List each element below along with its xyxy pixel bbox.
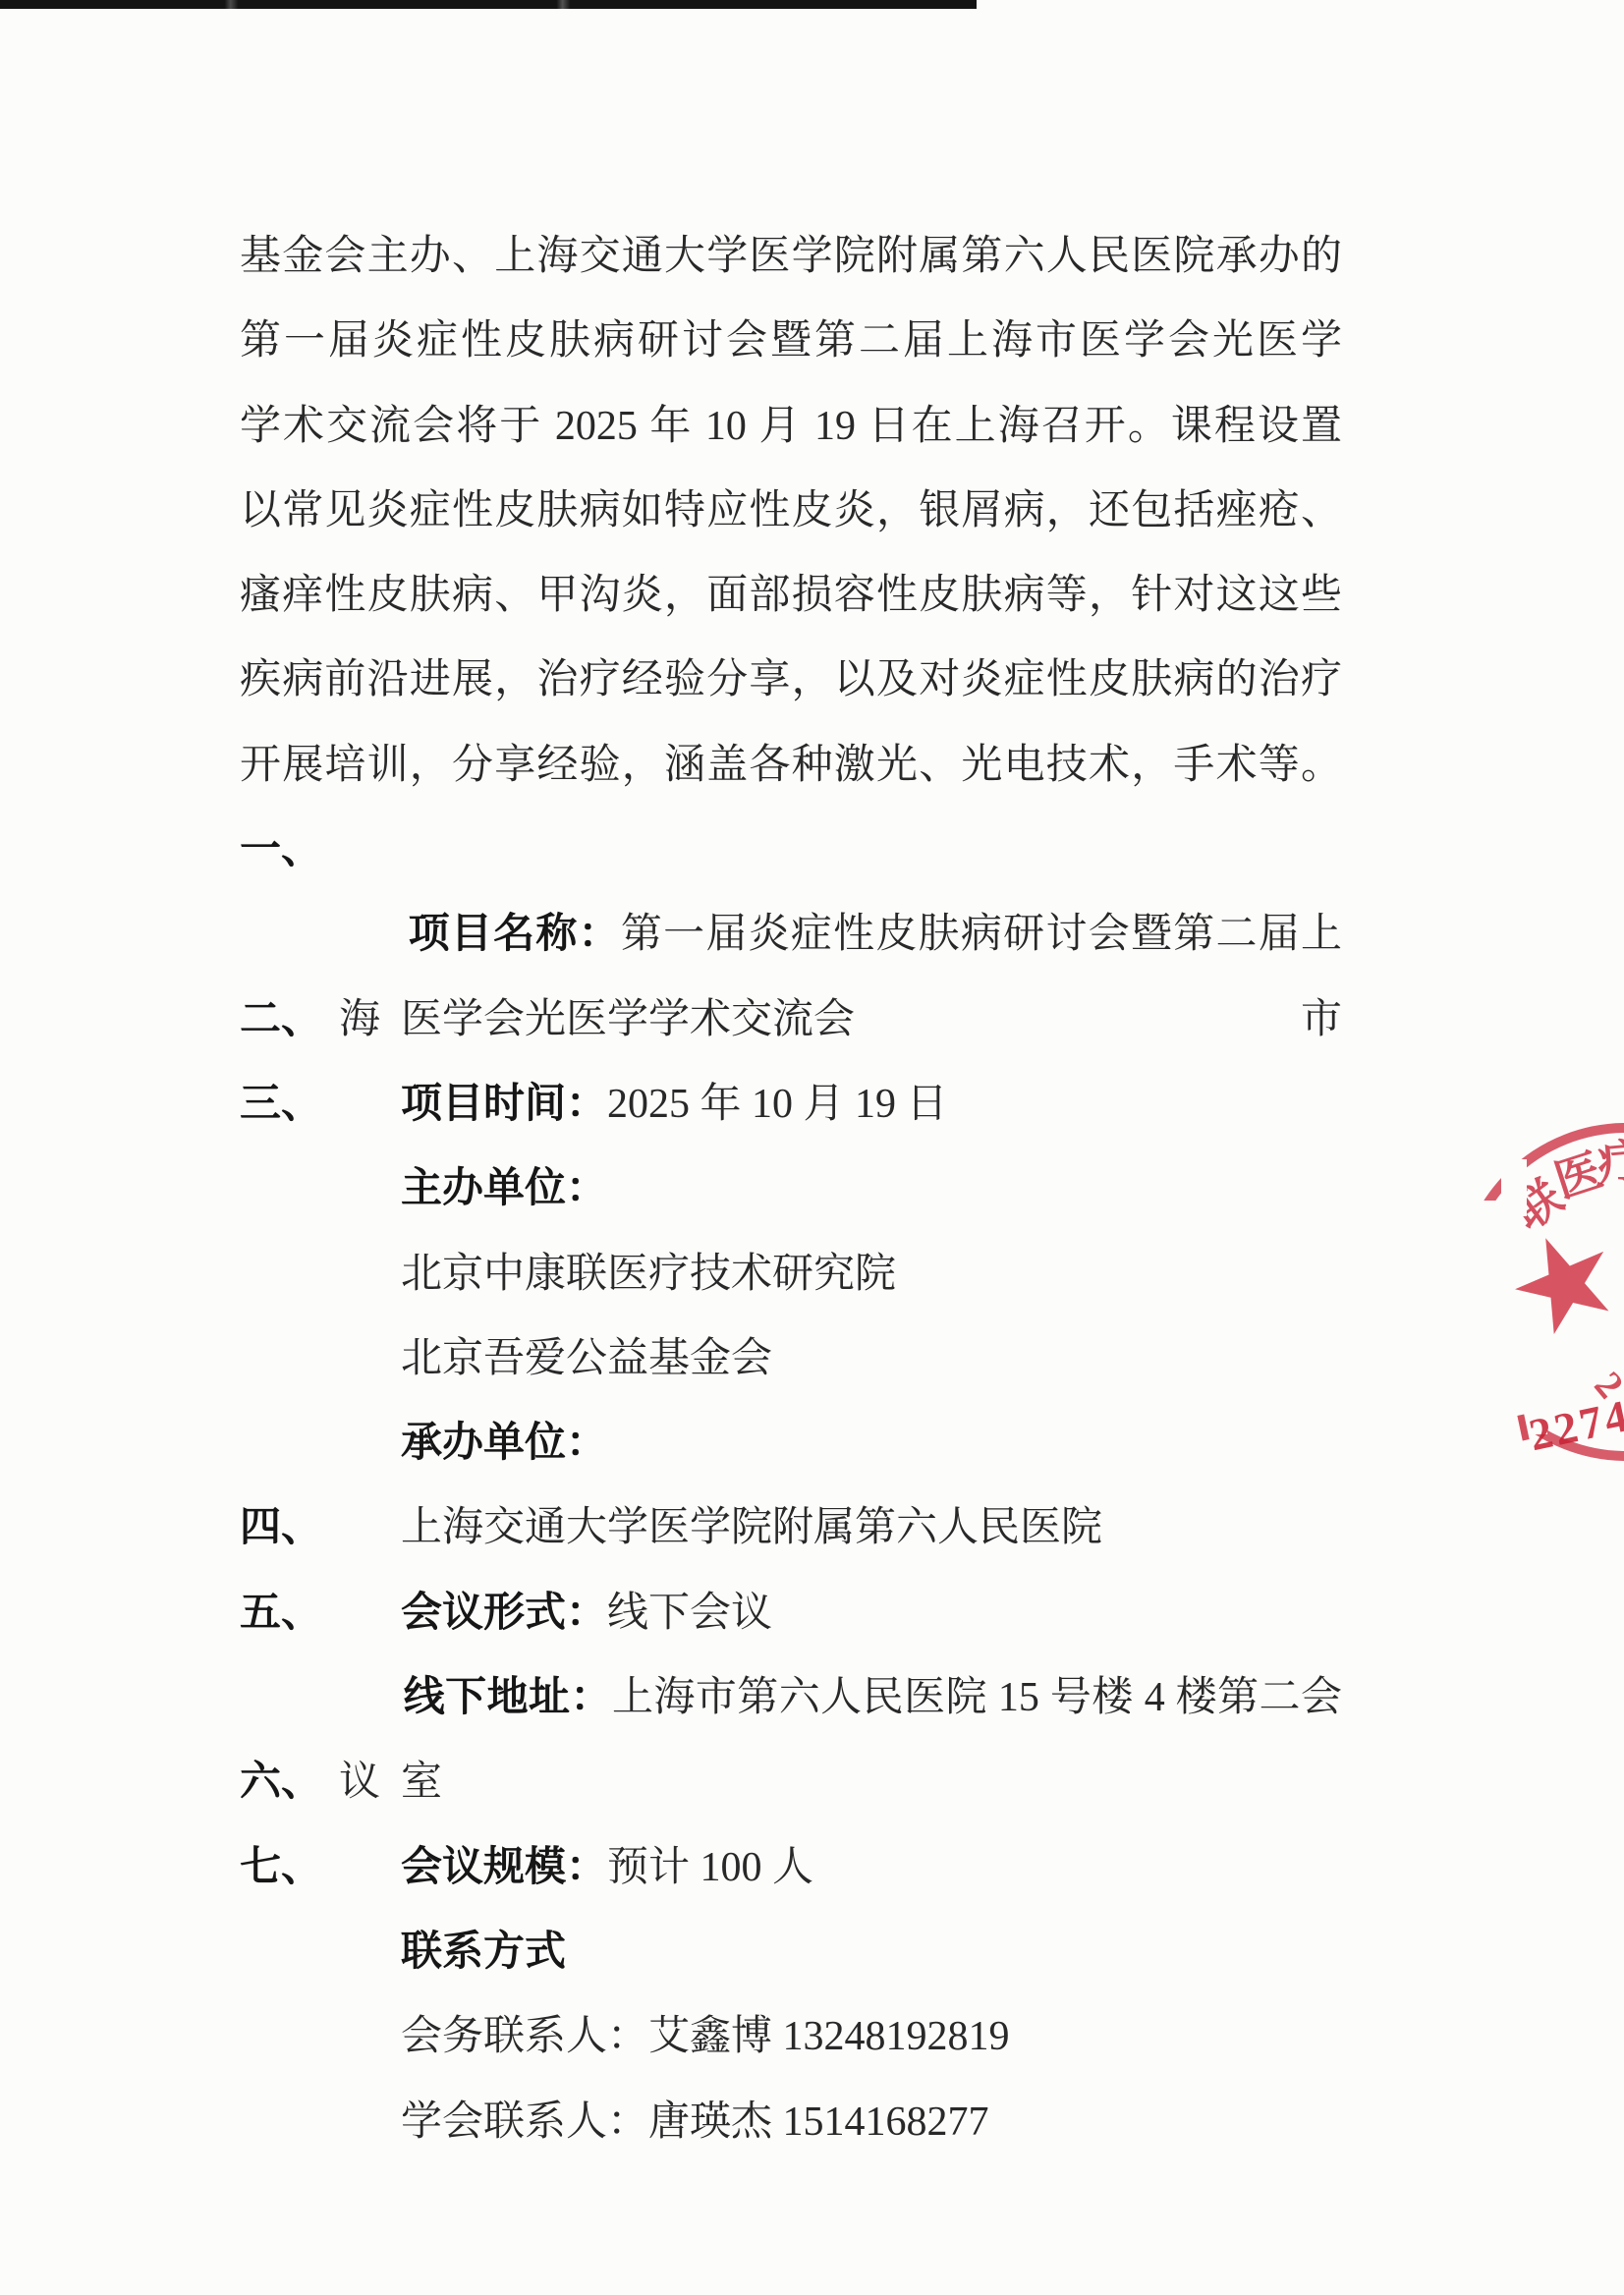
list-item-address: 五、线下地址：上海市第六人民医院 15 号楼 4 楼第二会议: [240, 1571, 1342, 1655]
co-organizer-line: 上海交通大学医学院附属第六人民医院: [240, 1401, 1342, 1485]
paragraph-line: 瘙痒性皮肤病、甲沟炎，面部损容性皮肤病等，针对这这些: [240, 553, 1342, 638]
co-organizer-heading: 承办单位：: [240, 1316, 1342, 1401]
contact-line: 学会联系人：唐瑛杰 1514168277: [240, 1994, 1342, 2079]
list-item-number: 七、: [240, 1825, 322, 1910]
list-item-number: 五、: [240, 1571, 322, 1655]
list-item-continuation: 医学会光医学学术交流会: [240, 892, 1342, 977]
paragraph-line: 基金会主办、上海交通大学医学院附属第六人民医院承办的: [240, 214, 1342, 299]
paragraph-line: 疾病前沿进展，治疗经验分享，以及对炎症性皮肤病的治疗: [240, 638, 1342, 722]
document-body: 基金会主办、上海交通大学医学院附属第六人民医院承办的 第一届炎症性皮肤病研讨会暨…: [240, 214, 1342, 2080]
organizer-line: 北京中康联医疗技术研究院: [240, 1147, 1342, 1231]
scanned-document-page: 基金会主办、上海交通大学医学院附属第六人民医院承办的 第一届炎症性皮肤病研讨会暨…: [0, 0, 1624, 2295]
list-item-organizer: 三、主办单位：: [240, 1062, 1342, 1147]
star-icon: ★: [1496, 1223, 1624, 1346]
contact-info: 学会联系人：唐瑛杰 1514168277: [401, 2099, 989, 2145]
list-item-number: 六、: [240, 1740, 322, 1824]
list-item-number: 三、: [240, 1062, 322, 1147]
list-item-meeting-scale: 六、会议规模：预计 100 人: [240, 1740, 1342, 1824]
paragraph-line: 学术交流会将于 2025 年 10 月 19 日在上海召开。课程设置: [240, 384, 1342, 469]
paragraph-line: 第一届炎症性皮肤病研讨会暨第二届上海市医学会光医学: [240, 299, 1342, 383]
contact-line: 会务联系人：艾鑫博 13248192819: [240, 1910, 1342, 1994]
list-item-continuation: 室: [240, 1655, 1342, 1740]
list-item-project-date: 二、项目时间：2025 年 10 月 19 日: [240, 978, 1342, 1062]
seal-fade-area: [1501, 1159, 1527, 1216]
list-item-project-name: 一、项目名称：第一届炎症性皮肤病研讨会暨第二届上海市: [240, 808, 1342, 892]
paragraph-line: 开展培训，分享经验，涵盖各种激光、光电技术，手术等。: [240, 723, 1342, 808]
list-item-contact-heading: 七、联系方式: [240, 1825, 1342, 1910]
organizer-line: 北京吾爱公益基金会: [240, 1232, 1342, 1316]
list-item-number: 一、: [240, 808, 322, 892]
list-item-number: 四、: [240, 1485, 322, 1570]
scan-artifact-bar: [0, 0, 977, 9]
list-item-number: 二、: [240, 978, 322, 1062]
list-item-meeting-format: 四、会议形式：线下会议: [240, 1485, 1342, 1570]
seal-arc-character: 疗: [1595, 1124, 1624, 1194]
paragraph-line: 以常见炎症性皮肤病如特应性皮炎，银屑病，还包括痤疮、: [240, 469, 1342, 553]
